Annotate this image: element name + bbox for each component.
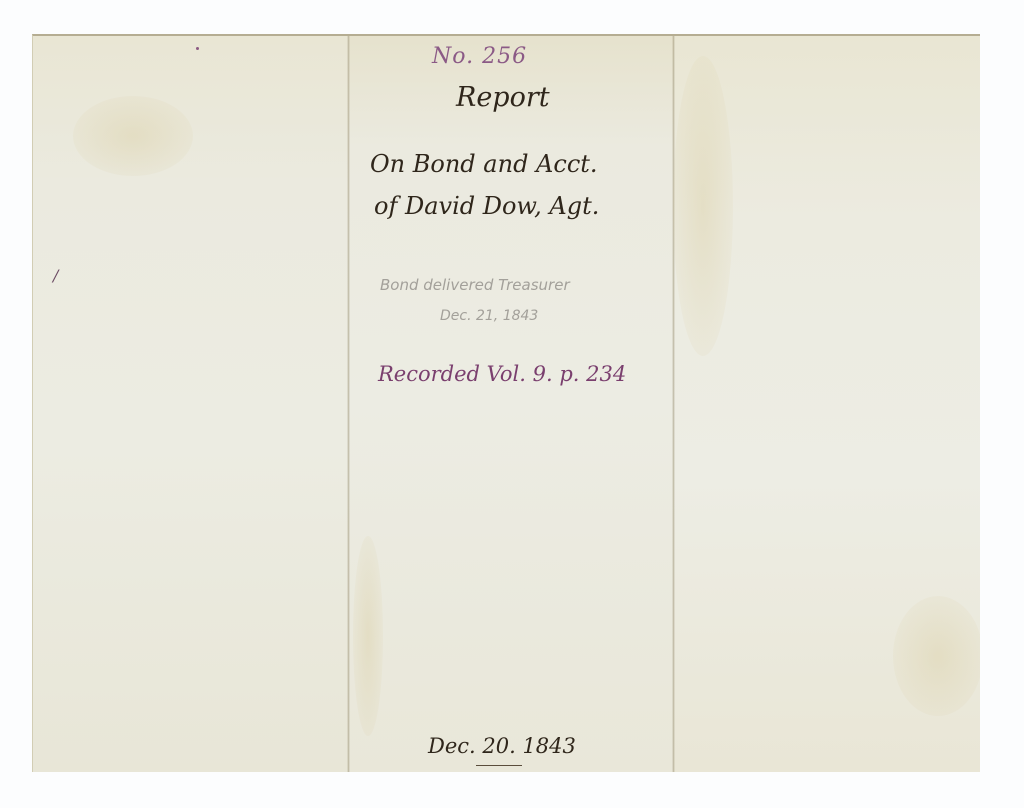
document-sheet — [32, 34, 980, 772]
scan-background: No. 256 Report On Bond and Acct. of Davi… — [0, 0, 1024, 808]
docket-number: No. 256 — [432, 44, 527, 69]
date-underline — [476, 765, 522, 766]
docket-subject-line-1: On Bond and Acct. — [370, 150, 598, 178]
paper-stain — [893, 596, 980, 716]
paper-stain — [353, 536, 383, 736]
docket-title: Report — [456, 82, 550, 113]
docket-date: Dec. 20. 1843 — [428, 734, 576, 758]
paper-stain — [73, 96, 193, 176]
paper-stain — [673, 56, 733, 356]
ink-dot — [196, 47, 199, 50]
margin-mark: / — [53, 266, 58, 285]
center-fold-panel — [349, 36, 674, 772]
docket-subject-line-2: of David Dow, Agt. — [374, 192, 599, 220]
recorded-note: Recorded Vol. 9. p. 234 — [378, 362, 626, 386]
pencil-note-line-1: Bond delivered Treasurer — [380, 276, 570, 294]
fold-line-left — [347, 36, 350, 772]
pencil-note-line-2: Dec. 21, 1843 — [440, 308, 538, 324]
